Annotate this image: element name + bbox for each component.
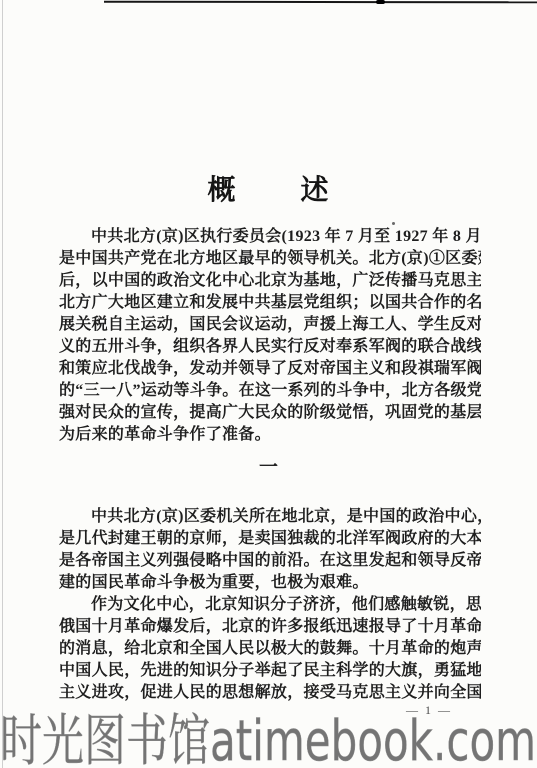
paragraph-2-3: 中共北方(京)区委机关所在地北京，是中国的政治中心，它曾 是几代封建王朝的京师，… (59, 506, 481, 704)
text-line: 作为文化中心，北京知识分子济济，他们感触敏锐，思想活跃。 (59, 594, 481, 616)
text-line: 的消息，给北京和全国人民以极大的鼓舞。十月革命的炮声震醒了 (59, 638, 481, 660)
text-line: 是几代封建王朝的京师，是卖国独裁的北洋军阀政府的大本营，也 (59, 528, 481, 550)
text-line: 是各帝国主义列强侵略中国的前沿。在这里发起和领导反帝反封 (59, 550, 481, 572)
paragraph-1: 中共北方(京)区执行委员会(1923 年 7 月至 1927 年 8 月)， 是… (59, 226, 481, 446)
page-edge-line (2, 0, 3, 768)
text-line: 中共北方(京)区执行委员会(1923 年 7 月至 1927 年 8 月)， (59, 226, 481, 248)
text-line: 是中国共产党在北方地区最早的领导机关。北方(京)①区委建立 (59, 248, 481, 270)
text-line: 和策应北伐战争，发动并领导了反对帝国主义和段祺瑞军阀政府 (59, 358, 481, 380)
text-line: 中国人民，先进的知识分子举起了民主科学的大旗，勇猛地向封建 (59, 660, 481, 682)
page-title: 概 述 (0, 168, 537, 208)
scan-artifact-blob (376, 0, 385, 4)
ink-speck (392, 222, 395, 225)
section-divider: 一 (0, 452, 537, 479)
scan-artifact-line (104, 1, 537, 4)
text-line: 强对民众的宣传，提高广大民众的阶级觉悟，巩固党的基层组织， (59, 402, 481, 424)
watermark-text: 时光图书馆atimebook.com (0, 714, 536, 768)
text-line: 主义进攻，促进人民的思想解放，接受马克思主义并向全国传播。 (59, 682, 481, 704)
text-line: 为后来的革命斗争作了准备。 (59, 424, 481, 446)
scanned-book-page: 概 述 中共北方(京)区执行委员会(1923 年 7 月至 1927 年 8 月… (0, 0, 537, 768)
text-line: 建的国民革命斗争极为重要，也极为艰难。 (59, 572, 481, 594)
text-line: 俄国十月革命爆发后，北京的许多报纸迅速报导了十月革命胜利 (59, 616, 481, 638)
text-line: 展关税自主运动，国民会议运动，声援上海工人、学生反对帝国主 (59, 314, 481, 336)
text-line: 义的五卅斗争，组织各界人民实行反对奉系军阀的联合战线、支援 (59, 336, 481, 358)
text-line: 后，以中国的政治文化中心北京为基地，广泛传播马克思主义，在 (59, 270, 481, 292)
text-line: 中共北方(京)区委机关所在地北京，是中国的政治中心，它曾 (59, 506, 481, 528)
text-line: 的“三一八”运动等斗争。在这一系列的斗争中，北方各级党组织加 (59, 380, 481, 402)
text-line: 北方广大地区建立和发展中共基层党组织；以国共合作的名义开 (59, 292, 481, 314)
